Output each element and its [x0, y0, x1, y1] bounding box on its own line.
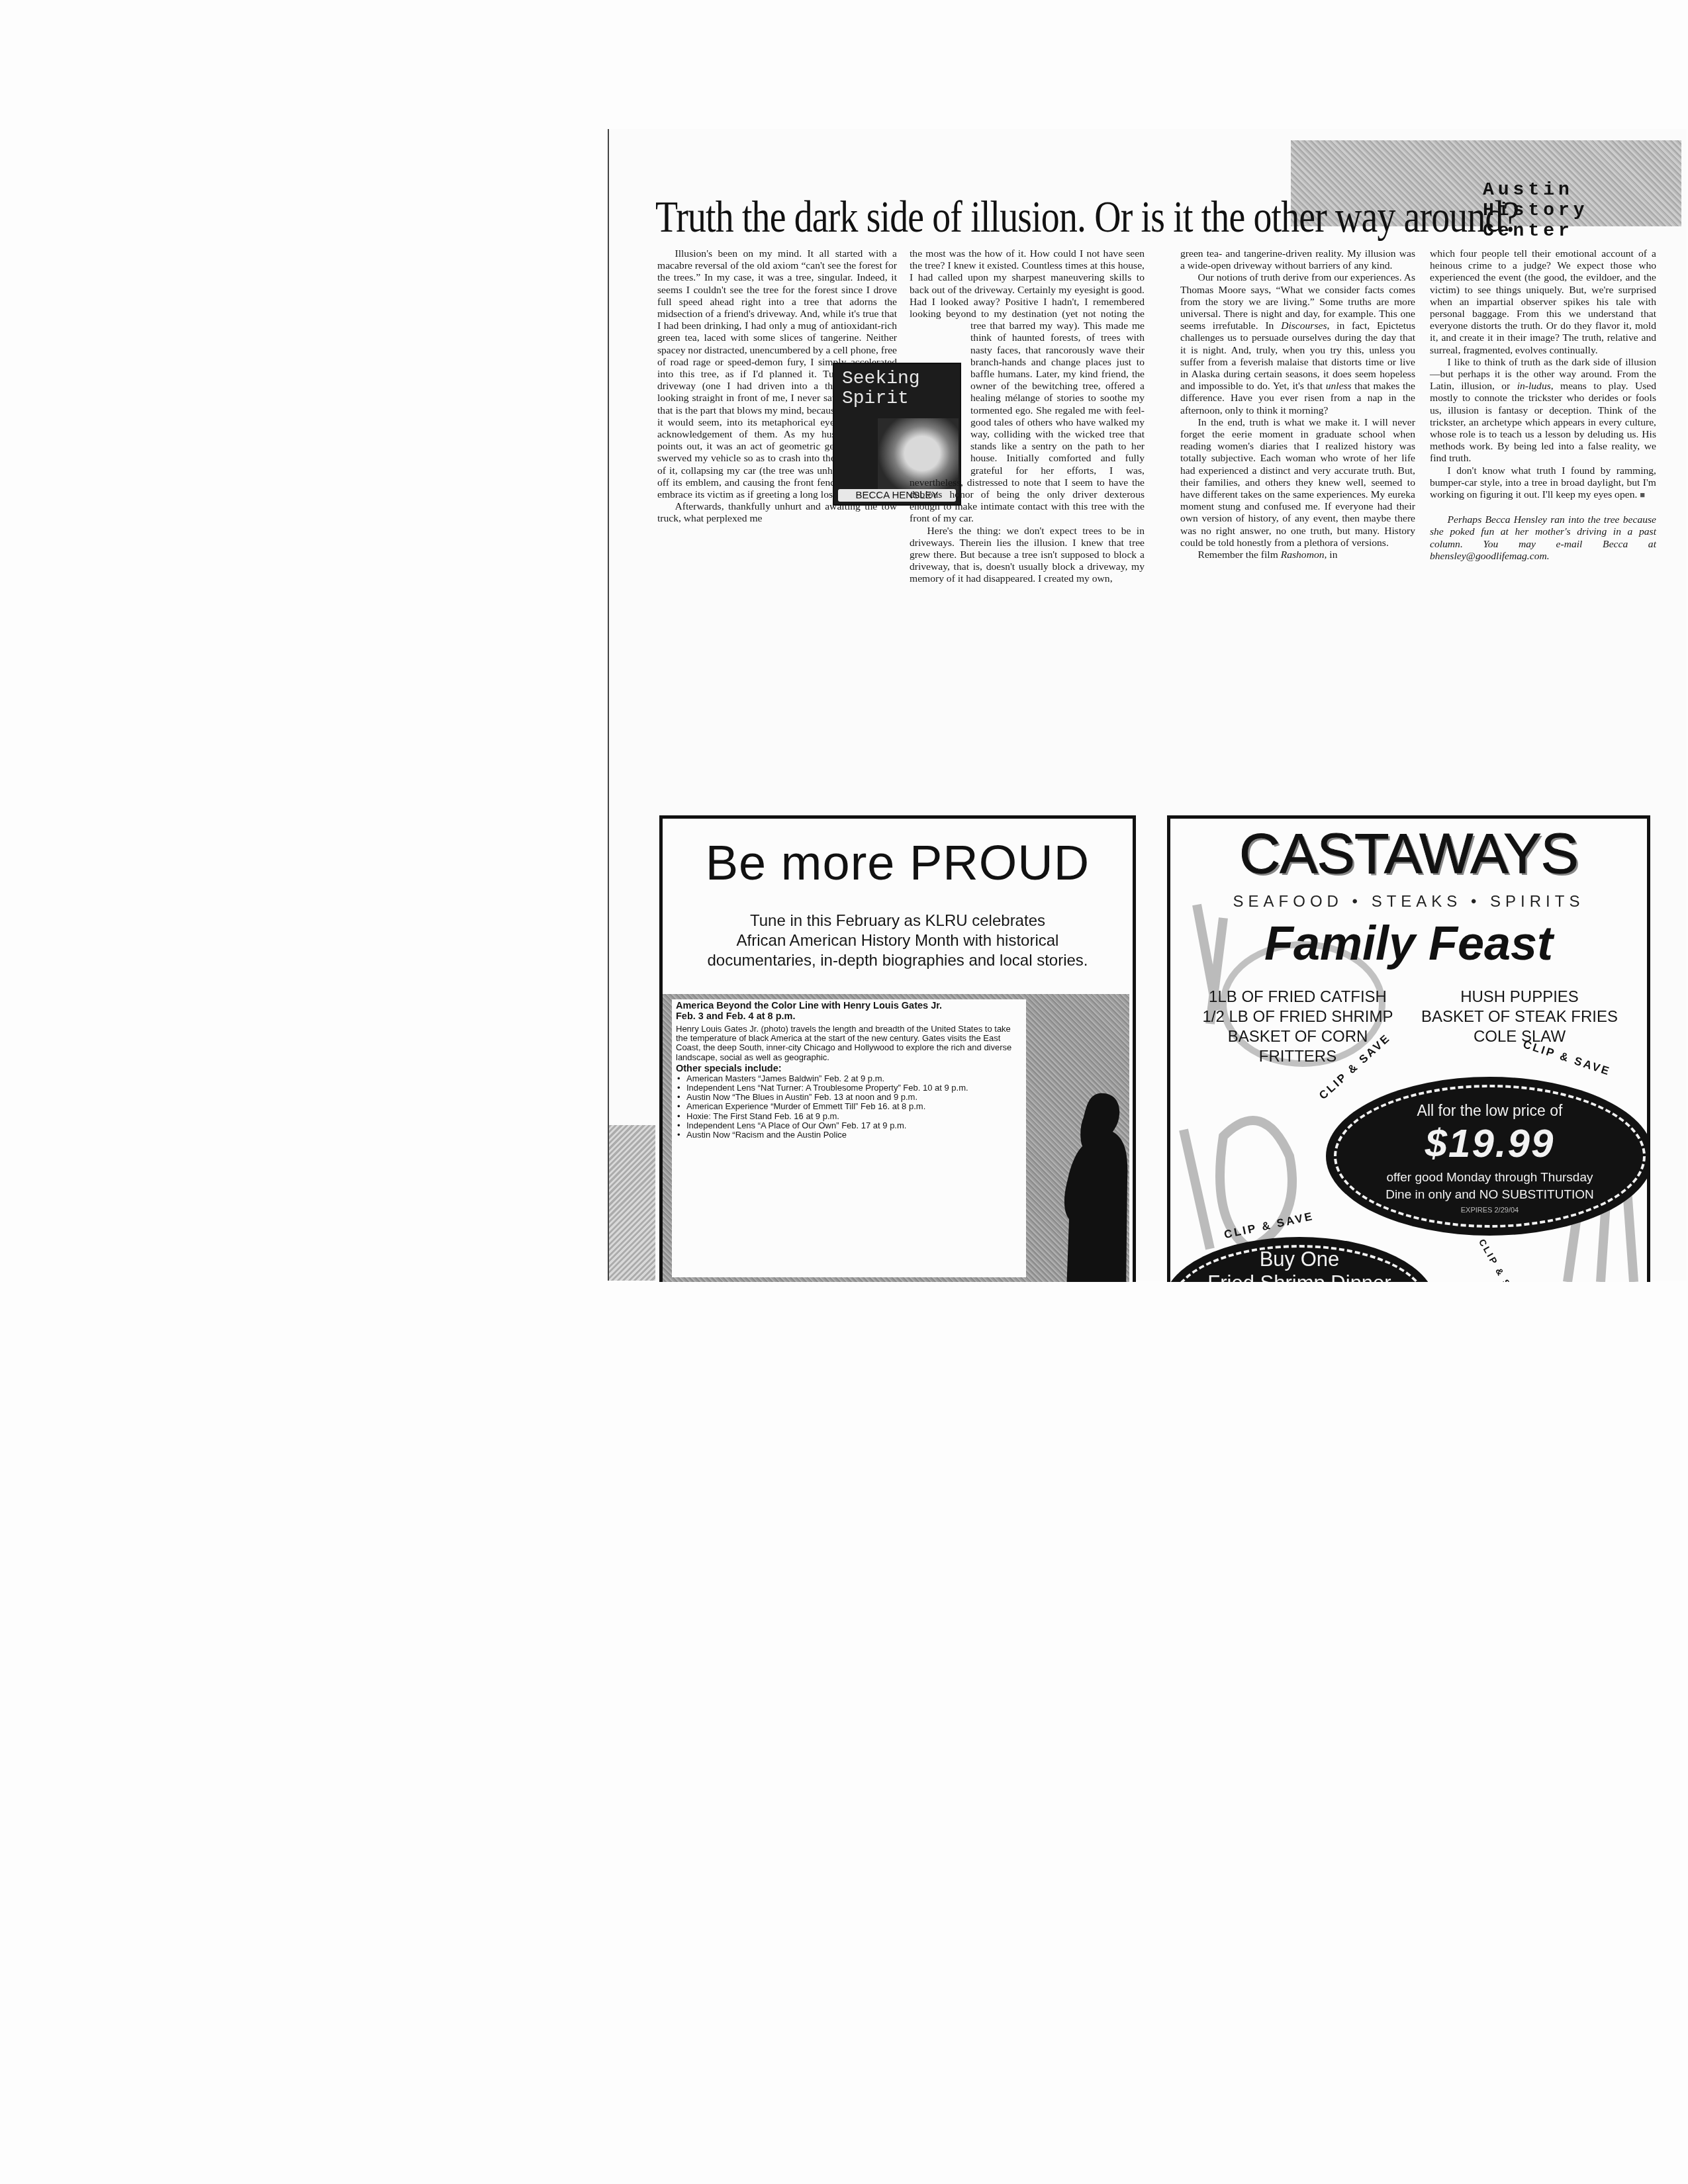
list-item: American Masters “James Baldwin” Feb. 2 …	[676, 1074, 1022, 1083]
paragraph: green tea- and tangerine-driven reality.…	[1180, 248, 1415, 272]
headline: Truth the dark side of illusion. Or is i…	[655, 191, 1519, 243]
ad-title: Be more PROUD	[663, 835, 1133, 891]
paragraph: In the end, truth is what we make it. I …	[1180, 417, 1415, 549]
paragraph: I like to think of truth as the dark sid…	[1430, 357, 1656, 465]
author-bio: Perhaps Becca Hensley ran into the tree …	[1430, 514, 1656, 563]
paragraph: which four people tell their emotional a…	[1430, 248, 1656, 357]
paragraph: the most was the how of it. How could I …	[910, 248, 1145, 525]
list-item: Hoxie: The First Stand Feb. 16 at 9 p.m.	[676, 1112, 1022, 1121]
menu-item: BASKET OF STEAK FRIES	[1412, 1007, 1627, 1027]
promo-headline: Family Feast	[1170, 917, 1647, 971]
paragraph: Here's the thing: we don't expect trees …	[910, 525, 1145, 586]
clipping-left-edge	[608, 129, 609, 1281]
paragraph: Our notions of truth derive from our exp…	[1180, 272, 1415, 416]
coupon-terms: offer good Monday through Thursday	[1326, 1171, 1650, 1185]
coupon-offer: Buy One	[1167, 1248, 1435, 1271]
feature-title: America Beyond the Color Line with Henry…	[676, 1001, 1022, 1011]
program-listing: America Beyond the Color Line with Henry…	[672, 999, 1026, 1277]
coupon-price: $19.99	[1326, 1120, 1650, 1166]
restaurant-tagline: SEAFOOD • STEAKS • SPIRITS	[1170, 893, 1647, 911]
coupon-terms: Dine in only and NO SUBSTITUTION	[1326, 1188, 1650, 1203]
feature-time: Feb. 3 and Feb. 4 at 8 p.m.	[676, 1011, 1022, 1022]
feature-description: Henry Louis Gates Jr. (photo) travels th…	[676, 1024, 1022, 1062]
menu-item: HUSH PUPPIES	[1412, 987, 1627, 1007]
column-title: Seeking Spirit	[842, 369, 920, 409]
specials-list: American Masters “James Baldwin” Feb. 2 …	[676, 1074, 1022, 1140]
list-item: Austin Now “The Blues in Austin” Feb. 13…	[676, 1093, 1022, 1102]
ad-subtitle: Tune in this February as KLRU celebrates…	[663, 911, 1133, 971]
article-column-2: the most was the how of it. How could I …	[910, 248, 1145, 586]
coupon-lead: All for the low price of	[1326, 1102, 1650, 1120]
restaurant-brand: CASTAWAYS	[1170, 821, 1647, 887]
klru-advertisement: Be more PROUD Tune in this February as K…	[659, 815, 1136, 1282]
other-specials-heading: Other specials include:	[676, 1064, 1022, 1074]
list-item: Independent Lens “A Place of Our Own” Fe…	[676, 1121, 1022, 1130]
list-item: Austin Now “Racism and the Austin Police	[676, 1130, 1022, 1140]
program-panel: America Beyond the Color Line with Henry…	[663, 994, 1129, 1282]
end-mark-icon: ■	[1640, 490, 1645, 500]
article-column-4: which four people tell their emotional a…	[1430, 248, 1656, 563]
price-coupon[interactable]: All for the low price of $19.99 offer go…	[1326, 1077, 1650, 1236]
menu-item: 1/2 LB OF FRIED SHRIMP	[1190, 1007, 1405, 1027]
paragraph: I don't know what truth I found by rammi…	[1430, 465, 1656, 502]
article-column-3: green tea- and tangerine-driven reality.…	[1180, 248, 1415, 561]
list-item: American Experience “Murder of Emmett Ti…	[676, 1102, 1022, 1111]
silhouette-photo-icon	[1060, 1087, 1136, 1282]
coupon-offer: Fried Shrimp Dinner	[1167, 1271, 1435, 1282]
list-item: Independent Lens “Nat Turner: A Troubles…	[676, 1083, 1022, 1093]
coupon-expiry: EXPIRES 2/29/04	[1326, 1206, 1650, 1214]
castaways-advertisement: CASTAWAYS SEAFOOD • STEAKS • SPIRITS Fam…	[1167, 815, 1650, 1282]
photo-wrap-space	[910, 328, 970, 475]
scan-shadow	[609, 1125, 655, 1281]
paragraph: Remember the film Rashomon, in	[1180, 549, 1415, 561]
menu-item: 1LB OF FRIED CATFISH	[1190, 987, 1405, 1007]
